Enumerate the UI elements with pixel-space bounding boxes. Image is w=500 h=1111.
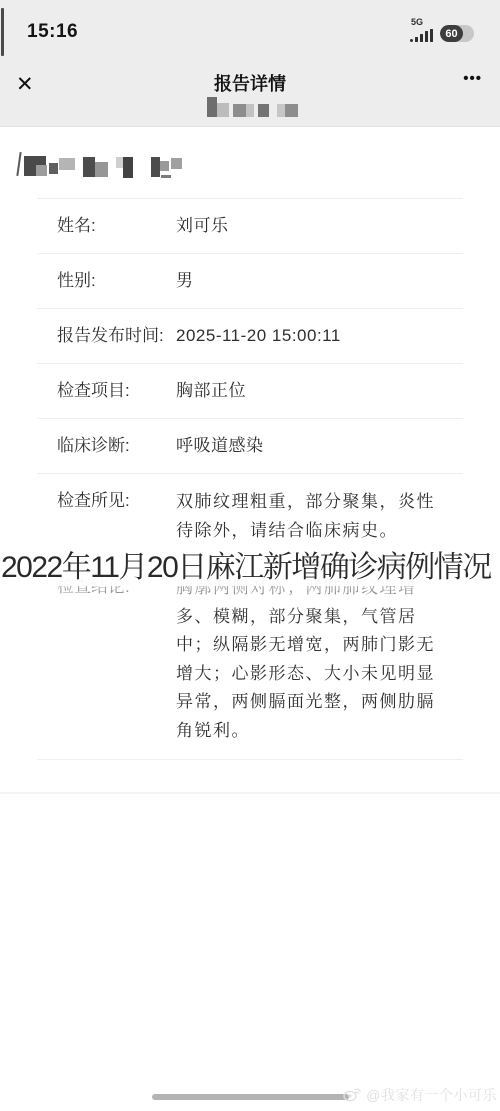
signal-icon: 5G	[410, 17, 433, 42]
nav-bar: ✕ 报告详情 •••	[0, 62, 500, 102]
report-table: 姓名: 刘可乐 性别: 男 报告发布时间: 2025-11-20 15:00:1…	[37, 198, 463, 760]
field-value: 双肺纹理粗重，部分聚集，炎性 待除外，请结合临床病史。	[176, 488, 463, 545]
status-nav-bar: 15:16 5G 60 ✕ 报告详情 •••	[0, 0, 500, 127]
more-menu-icon[interactable]: •••	[463, 70, 482, 87]
field-label: 姓名:	[37, 213, 176, 239]
field-value: 呼吸道感染	[176, 433, 463, 459]
field-label: 报告发布时间:	[37, 323, 176, 349]
signal-bars-icon	[410, 29, 433, 42]
report-row-exam-item: 检查项目: 胸部正位	[37, 364, 463, 419]
report-row-publish-time: 报告发布时间: 2025-11-20 15:00:11	[37, 309, 463, 364]
weibo-icon	[342, 1086, 362, 1105]
report-row-name: 姓名: 刘可乐	[37, 198, 463, 254]
field-label: 检查所见:	[37, 488, 176, 545]
report-content: 姓名: 刘可乐 性别: 男 报告发布时间: 2025-11-20 15:00:1…	[0, 128, 500, 1111]
watermark: @我家有一个小可乐	[342, 1085, 497, 1105]
field-label: 临床诊断:	[37, 433, 176, 459]
screen: 15:16 5G 60 ✕ 报告详情 •••	[0, 0, 500, 1111]
field-label: 检查结论:	[37, 574, 176, 745]
battery-level: 60	[440, 25, 463, 42]
overlay-caption-text: 2022年11月20日麻江新增确诊病例情况	[0, 542, 491, 586]
report-row-gender: 性别: 男	[37, 254, 463, 309]
field-value: 胸部正位	[176, 378, 463, 404]
watermark-text: @我家有一个小可乐	[366, 1085, 497, 1105]
battery-icon: 60	[440, 25, 474, 42]
status-time: 15:16	[27, 21, 78, 43]
field-label: 性别:	[37, 268, 176, 294]
field-value: 胸廓两侧对称；两肺肺纹理增 多、模糊，部分聚集，气管居 中；纵隔影无增宽，两肺门…	[176, 574, 463, 745]
edge-artifact	[1, 8, 4, 56]
report-row-diagnosis: 临床诊断: 呼吸道感染	[37, 419, 463, 474]
field-label: 检查项目:	[37, 378, 176, 404]
overlay-caption: 2022年11月20日麻江新增确诊病例情况	[0, 541, 500, 586]
status-icons: 5G 60	[410, 17, 474, 42]
section-divider	[0, 792, 500, 794]
report-row-conclusion: 检查结论: 胸廓两侧对称；两肺肺纹理增 多、模糊，部分聚集，气管居 中；纵隔影无…	[37, 560, 463, 760]
battery-percent-label: 60	[445, 28, 457, 40]
field-value: 2025-11-20 15:00:11	[176, 323, 463, 349]
field-value: 男	[176, 268, 463, 294]
page-title: 报告详情	[0, 70, 500, 96]
field-value: 刘可乐	[176, 213, 463, 239]
home-indicator[interactable]	[152, 1094, 349, 1100]
network-type-label: 5G	[411, 17, 423, 27]
